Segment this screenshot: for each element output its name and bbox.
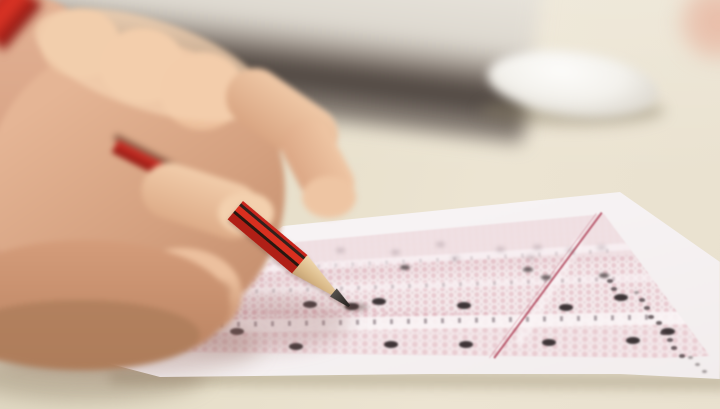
exam-photo-scene (0, 0, 720, 409)
index-fingertip (302, 176, 356, 218)
hand (0, 0, 720, 409)
